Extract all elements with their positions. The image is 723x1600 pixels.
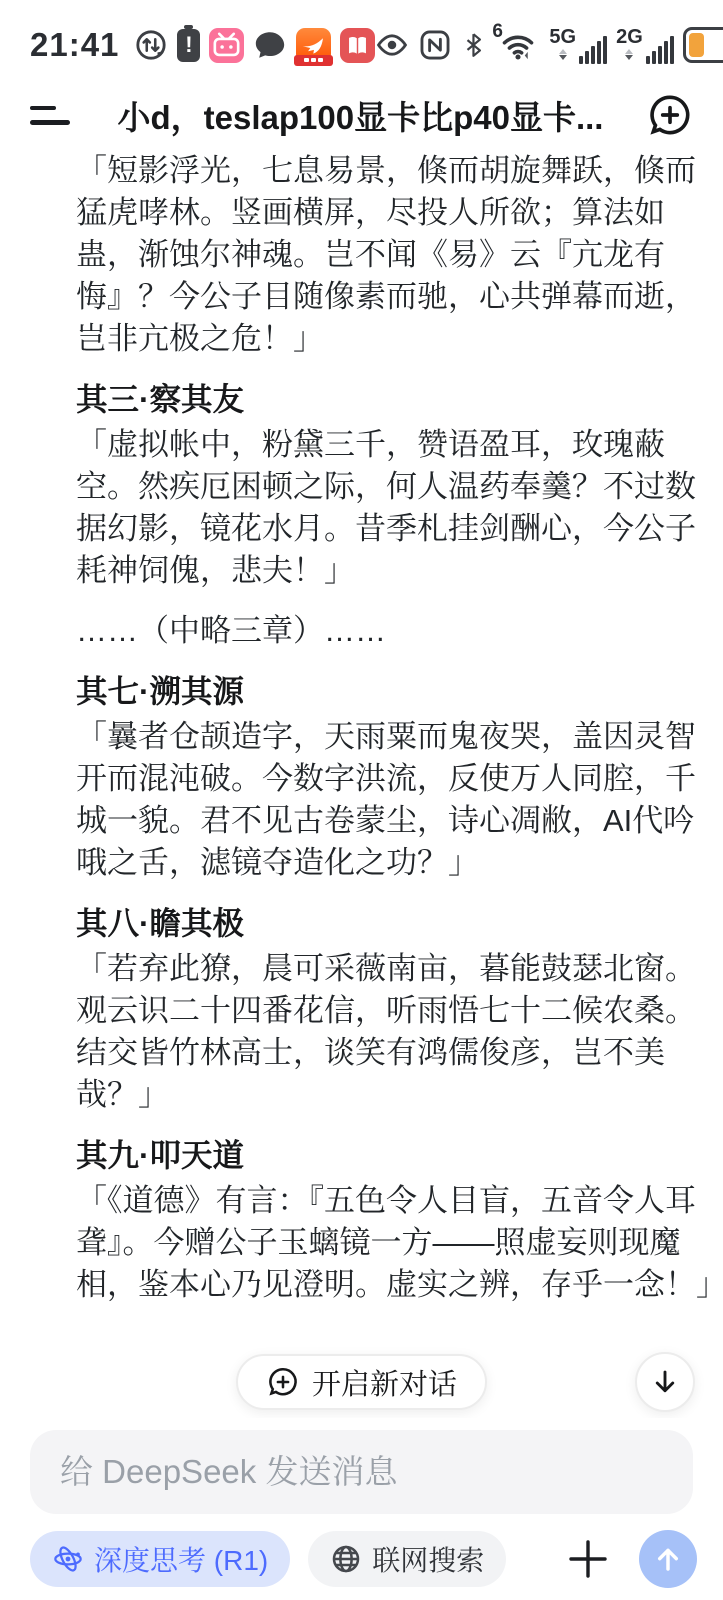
nfc-icon [418, 28, 452, 62]
data-saver-icon [134, 28, 168, 62]
message-paragraph-section7: 「曩者仓颉造字，天雨粟而鬼夜哭，盖因灵智开而混沌破。今数字洪流，反使万人同腔，千… [76, 716, 723, 884]
section-heading-3: 其三·察其友 [76, 378, 723, 420]
message-paragraph-intro: 「短影浮光，七息易景，倏而胡旋舞跃，倏而猛虎哮林。竖画横屏，尽投人所欲；算法如蛊… [76, 150, 723, 360]
scroll-to-bottom-button[interactable] [635, 1352, 695, 1412]
clock: 21:41 [30, 26, 119, 64]
status-bar-right: 6 5G 2G [375, 27, 723, 64]
bilibili-app-icon [209, 28, 244, 63]
messages-app-icon [253, 28, 287, 62]
new-chat-plus-icon [266, 1365, 300, 1399]
omission-note: ……（中略三章）…… [76, 610, 723, 652]
dingtalk-app-icon [296, 28, 331, 63]
web-search-toggle[interactable]: 联网搜索 [308, 1531, 506, 1587]
signal-5g-icon: 5G [549, 27, 607, 64]
composer-toolbar: 深度思考 (R1) 联网搜索 [30, 1530, 697, 1588]
web-search-label: 联网搜索 [372, 1539, 484, 1579]
start-new-chat-label: 开启新对话 [312, 1362, 457, 1403]
start-new-chat-button[interactable]: 开启新对话 [236, 1354, 487, 1410]
dingtalk-status-banner [294, 55, 333, 66]
arrow-down-icon [650, 1367, 680, 1397]
atom-icon [52, 1543, 84, 1575]
eye-icon [375, 28, 409, 62]
section-heading-8: 其八·瞻其极 [76, 902, 723, 944]
battery-alert-icon: ! [177, 29, 200, 62]
network-2g-label: 2G [616, 27, 643, 47]
battery-icon [683, 27, 723, 63]
status-bar: 21:41 ! [0, 20, 723, 70]
deepseek-app-screen: 21:41 ! [0, 0, 723, 1600]
wifi-6-label: 6 [492, 21, 503, 43]
message-paragraph-section3: 「虚拟帐中，粉黛三千，赞语盈耳，玫瑰蔽空。然疾厄困顿之际，何人温药奉羹？不过数据… [76, 424, 723, 592]
send-button[interactable] [639, 1530, 697, 1588]
chat-header: 小d，teslap100显卡比p40显卡... [0, 86, 723, 144]
network-5g-label: 5G [549, 27, 576, 47]
composer: 深度思考 (R1) 联网搜索 [0, 1418, 723, 1600]
status-bar-left: 21:41 ! [30, 26, 375, 64]
chat-title: 小d，teslap100显卡比p40显卡... [74, 92, 647, 139]
chat-message-area: 「短影浮光，七息易景，倏而胡旋舞跃，倏而猛虎哮林。竖画横屏，尽投人所欲；算法如蛊… [0, 148, 723, 1418]
message-paragraph-section8: 「若弃此獠，晨可采薇南亩，暮能鼓瑟北窗。观云识二十四番花信，听雨悟七十二候农桑。… [76, 948, 723, 1116]
globe-icon [330, 1543, 362, 1575]
section-heading-9: 其九·叩天道 [76, 1134, 723, 1176]
deep-think-toggle[interactable]: 深度思考 (R1) [30, 1531, 290, 1587]
section-heading-7: 其七·溯其源 [76, 670, 723, 712]
wifi-icon: 6 [496, 27, 540, 63]
send-arrow-icon [652, 1543, 684, 1575]
reader-app-icon [340, 28, 375, 63]
deep-think-label: 深度思考 (R1) [94, 1539, 268, 1579]
message-input[interactable] [30, 1430, 693, 1514]
signal-2g-icon: 2G [616, 27, 674, 64]
attachment-plus-button[interactable] [561, 1532, 615, 1586]
message-paragraph-section9: 「《道德》有言：『五色令人目盲，五音令人耳聋』。今赠公子玉螭镜一方——照虚妄则现… [76, 1180, 723, 1306]
plus-icon [564, 1535, 612, 1583]
new-chat-icon[interactable] [647, 92, 693, 138]
menu-icon[interactable] [30, 93, 74, 137]
bluetooth-icon [461, 28, 487, 62]
